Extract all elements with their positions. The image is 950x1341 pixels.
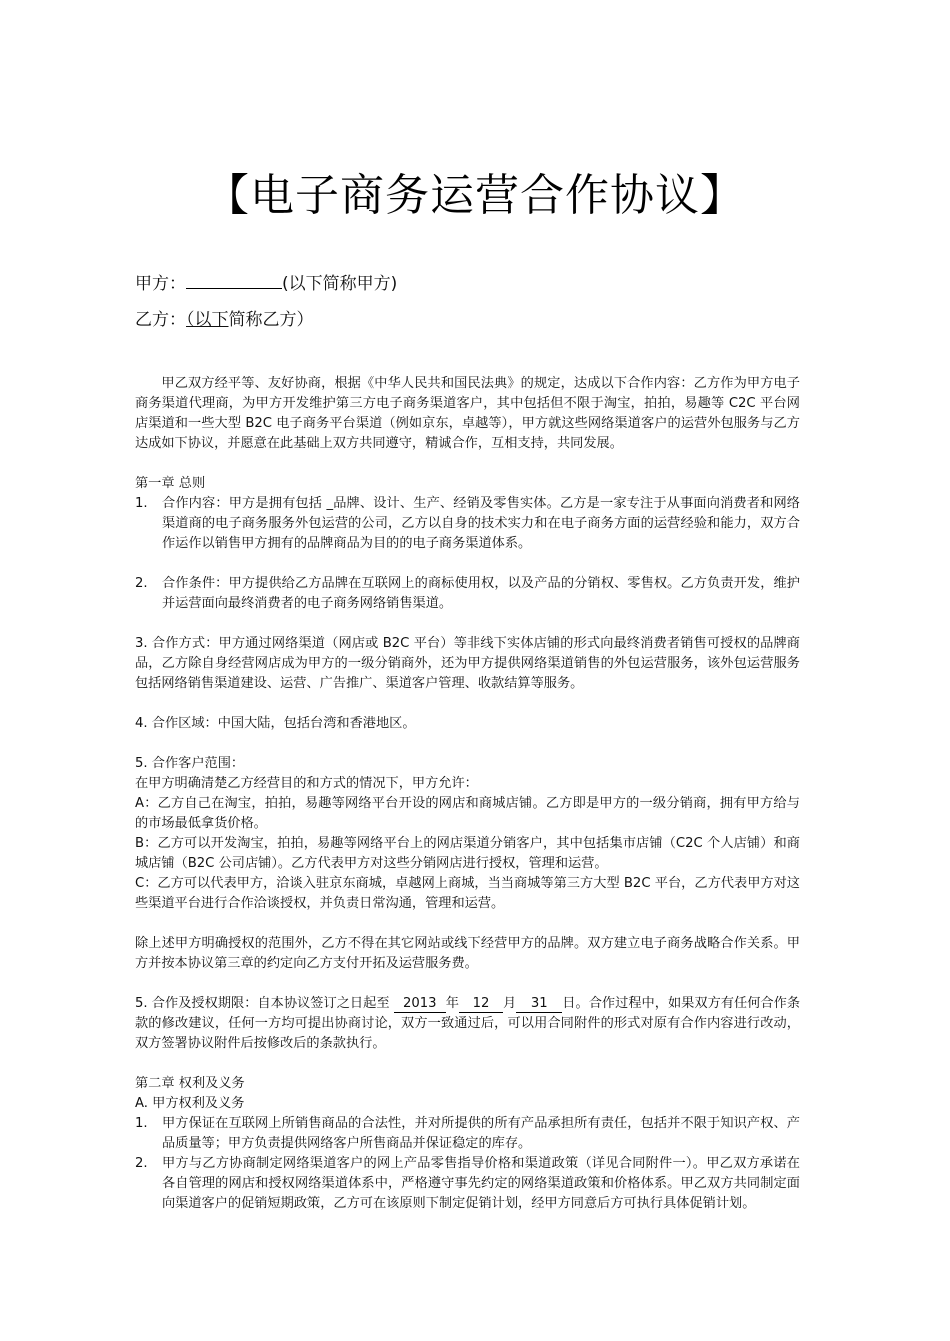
item-number: 1.: [135, 1114, 162, 1154]
chapter1-item-4: 4. 合作区域：中国大陆，包括台湾和香港地区。: [135, 714, 800, 734]
chapter1-heading: 第一章 总则: [135, 474, 800, 494]
item-number: 2.: [135, 574, 162, 614]
term-prefix: 5. 合作及授权期限：自本协议签订之日起至: [135, 996, 390, 1011]
chapter2-item-2: 2. 甲方与乙方协商制定网络渠道客户的网上产品零售指导价格和渠道政策（详见合同附…: [135, 1154, 800, 1214]
party-a-label: 甲方：: [135, 274, 186, 294]
document-body: 甲乙双方经平等、友好协商，根据《中华人民共和国民法典》的规定，达成以下合作内容：…: [135, 374, 800, 1214]
item-text: 合作内容：甲方是拥有包括 _品牌、设计、生产、经销及零售实体。乙方是一家专注于从…: [162, 494, 800, 554]
term-year-label: 年: [446, 996, 459, 1011]
term-day-field[interactable]: 31: [516, 996, 562, 1013]
item-number: 2.: [135, 1154, 162, 1214]
chapter2-sub-a: A. 甲方权利及义务: [135, 1094, 800, 1114]
item-text: 甲方保证在互联网上所销售商品的合法性，并对所提供的所有产品承担所有责任，包括并不…: [162, 1114, 800, 1154]
chapter1-item-1: 1. 合作内容：甲方是拥有包括 _品牌、设计、生产、经销及零售实体。乙方是一家专…: [135, 494, 800, 554]
chapter1-item-2: 2. 合作条件：甲方提供给乙方品牌在互联网上的商标使用权，以及产品的分销权、零售…: [135, 574, 800, 614]
term-month-label: 月: [503, 996, 516, 1011]
party-b-suffix: 简称乙方）: [229, 310, 314, 330]
party-b-label: 乙方：: [135, 310, 186, 330]
term-year-field[interactable]: 2013: [394, 996, 446, 1013]
item-5-option-c: C：乙方可以代表甲方，洽谈入驻京东商城，卓越网上商城，当当商城等第三方大型 B2…: [135, 874, 800, 914]
party-a-line: 甲方：(以下简称甲方): [135, 270, 397, 296]
term-day-label: 日: [562, 996, 575, 1011]
item-5-lead: 在甲方明确清楚乙方经营目的和方式的情况下，甲方允许：: [135, 774, 800, 794]
chapter2-heading: 第二章 权利及义务: [135, 1074, 800, 1094]
chapter2-item-1: 1. 甲方保证在互联网上所销售商品的合法性，并对所提供的所有产品承担所有责任，包…: [135, 1114, 800, 1154]
item-5-option-b: B：乙方可以开发淘宝，拍拍，易趣等网络平台上的网店渠道分销客户，其中包括集市店铺…: [135, 834, 800, 874]
party-b-underlined[interactable]: （以下: [186, 310, 229, 330]
party-b-line: 乙方：（以下简称乙方）: [135, 308, 314, 332]
document-page: 【电子商务运营合作协议】 甲方：(以下简称甲方) 乙方：（以下简称乙方） 甲乙双…: [0, 0, 950, 1341]
party-a-suffix: (以下简称甲方): [282, 274, 397, 294]
item-text: 甲方与乙方协商制定网络渠道客户的网上产品零售指导价格和渠道政策（详见合同附件一）…: [162, 1154, 800, 1214]
chapter1-item-5-heading: 5. 合作客户范围：: [135, 754, 800, 774]
party-a-blank-field[interactable]: [186, 270, 282, 289]
chapter1-item-3: 3. 合作方式：甲方通过网络渠道（网店或 B2C 平台）等非线下实体店铺的形式向…: [135, 634, 800, 694]
document-title: 【电子商务运营合作协议】: [0, 168, 950, 224]
item-number: 1.: [135, 494, 162, 554]
intro-paragraph: 甲乙双方经平等、友好协商，根据《中华人民共和国民法典》的规定，达成以下合作内容：…: [135, 374, 800, 454]
term-month-field[interactable]: 12: [459, 996, 503, 1013]
item-5-option-a: A：乙方自己在淘宝，拍拍，易趣等网络平台开设的网店和商城店铺。乙方即是甲方的一级…: [135, 794, 800, 834]
exclusion-paragraph: 除上述甲方明确授权的范围外，乙方不得在其它网站或线下经营甲方的品牌。双方建立电子…: [135, 934, 800, 974]
term-paragraph: 5. 合作及授权期限：自本协议签订之日起至 2013年12月31日。合作过程中，…: [135, 994, 800, 1054]
item-text: 合作条件：甲方提供给乙方品牌在互联网上的商标使用权，以及产品的分销权、零售权。乙…: [162, 574, 800, 614]
